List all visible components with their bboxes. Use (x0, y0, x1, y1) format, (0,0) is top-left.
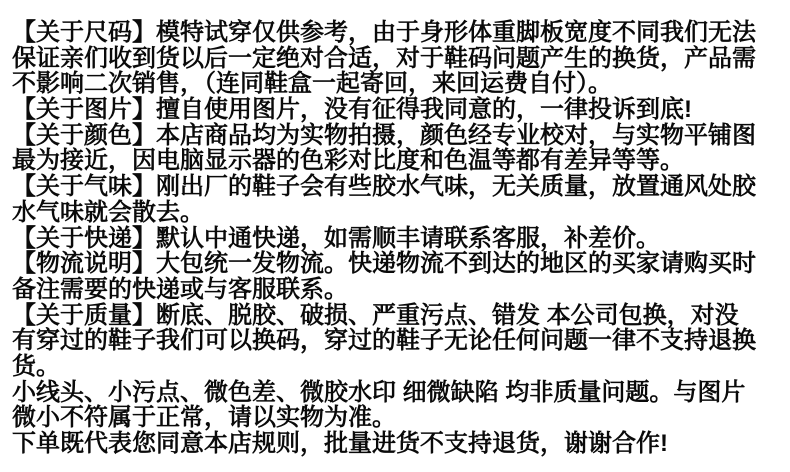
text-line: 【关于图片】擅自使用图片，没有征得我同意的，一律投诉到底! (12, 97, 786, 123)
text-line: 有穿过的鞋子我们可以换码，穿过的鞋子无论任何问题一律不支持退换 (12, 328, 786, 354)
notice-text: 【关于尺码】模特试穿仅供参考，由于身形体重脚板宽度不同我们无法保证亲们收到货以后… (12, 20, 786, 457)
text-line: 【关于气味】刚出厂的鞋子会有些胶水气味，无关质量，放置通风处胶 (12, 174, 786, 200)
text-line: 【关于快递】默认中通快递，如需顺丰请联系客服，补差价。 (12, 226, 786, 252)
text-line: 备注需要的快递或与客服联系。 (12, 277, 786, 303)
text-line: 【物流说明】大包统一发物流。快递物流不到达的地区的买家请购买时 (12, 251, 786, 277)
text-line: 水气味就会散去。 (12, 200, 786, 226)
text-line: 【关于颜色】本店商品均为实物拍摄，颜色经专业校对，与实物平铺图 (12, 123, 786, 149)
text-line: 最为接近，因电脑显示器的色彩对比度和色温等都有差异等等。 (12, 148, 786, 174)
text-line: 【关于尺码】模特试穿仅供参考，由于身形体重脚板宽度不同我们无法 (12, 20, 786, 46)
text-line: 【关于质量】断底、脱胶、破损、严重污点、错发 本公司包换，对没 (12, 303, 786, 329)
text-line: 货。 (12, 354, 786, 380)
text-line: 小线头、小污点、微色差、微胶水印 细微缺陷 均非质量问题。与图片 (12, 380, 786, 406)
text-line: 下单既代表您同意本店规则，批量进货不支持退货，谢谢合作! (12, 431, 786, 457)
text-line: 微小不符属于正常，请以实物为准。 (12, 405, 786, 431)
text-line: 不影响二次销售，（连同鞋盒一起寄回，来回运费自付）。 (12, 71, 786, 97)
text-line: 保证亲们收到货以后一定绝对合适，对于鞋码问题产生的换货，产品需 (12, 46, 786, 72)
